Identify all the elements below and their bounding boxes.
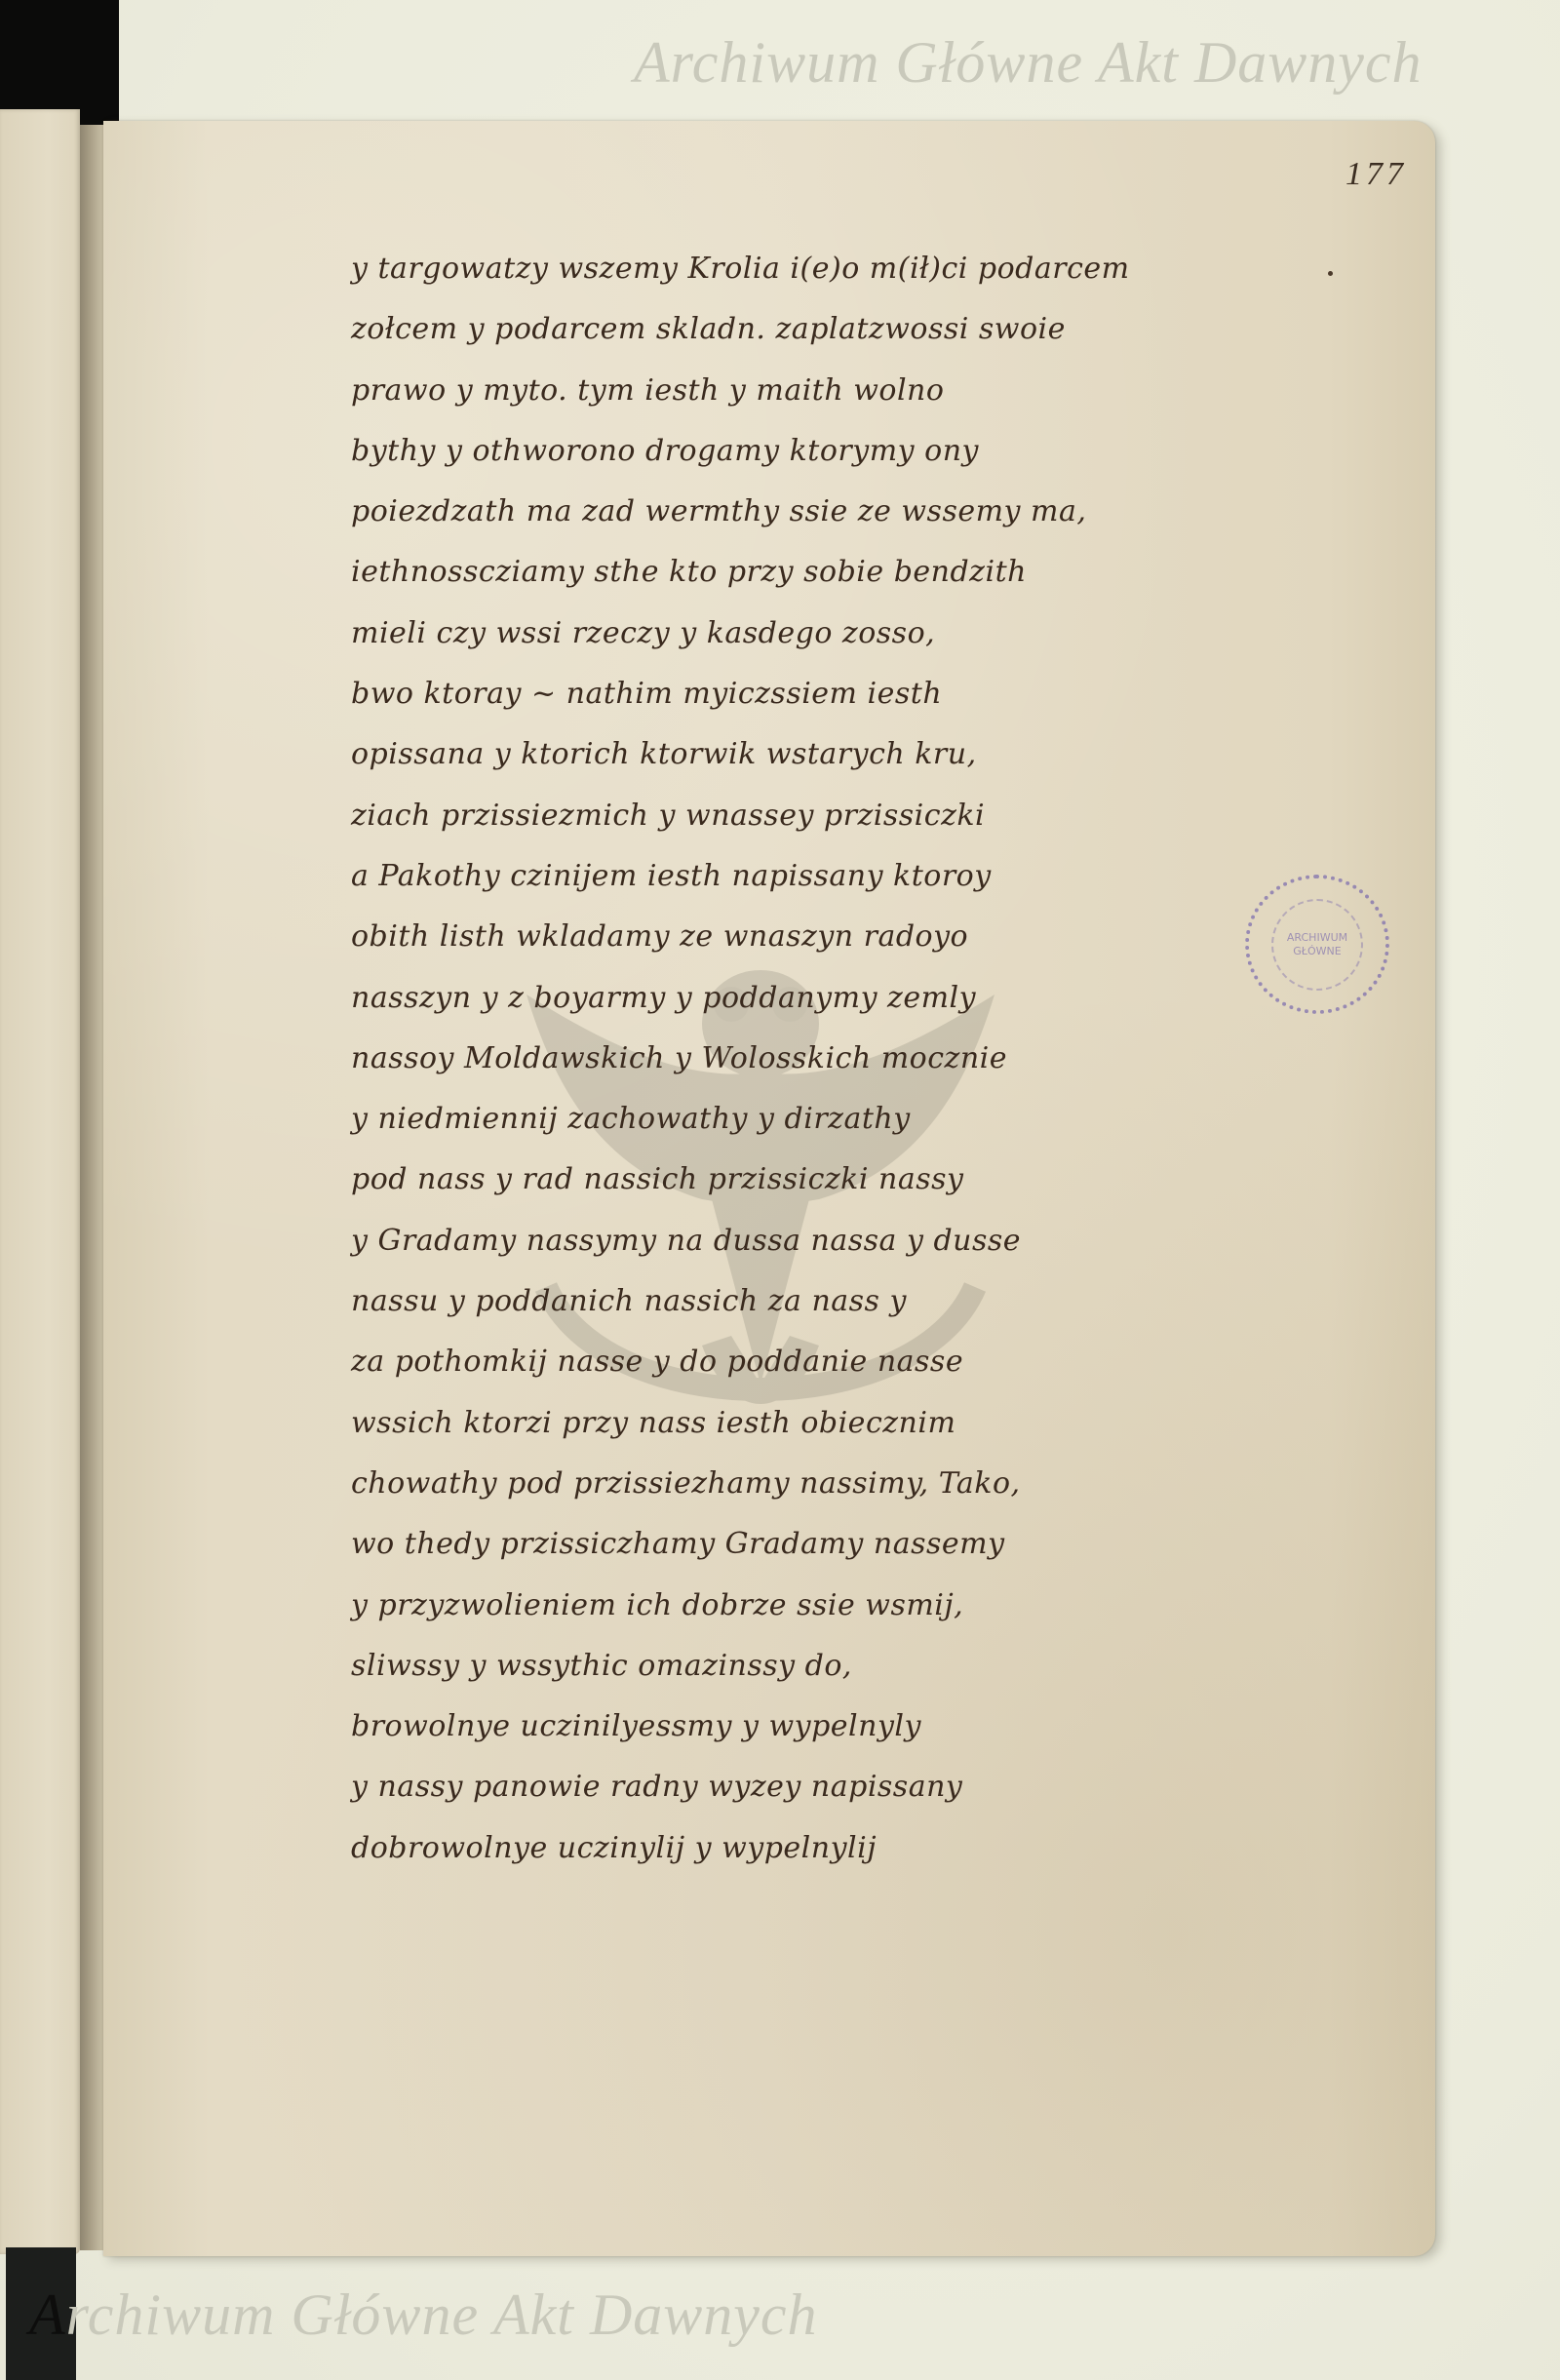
manuscript-text: y targowatzy wszemy Krolia i(e)o m(ił)ci… [351,239,1326,1879]
manuscript-line: y Gradamy nassymy na dussa nassa y dusse [351,1211,1326,1271]
manuscript-line: nasszyn y z boyarmy y poddanymy zemly [351,968,1326,1029]
manuscript-line: prawo y myto. tym iesth y maith wolno [351,361,1326,421]
manuscript-line: pod nass y rad nassich przissiczki nassy [351,1150,1326,1210]
watermark-initial: A [29,2282,66,2347]
manuscript-line: dobrowolnye uczinylij y wypelnylij [351,1818,1326,1879]
manuscript-line: bwo ktoray ~ nathim myiczssiem iesth [351,664,1326,724]
manuscript-line: y przyzwolieniem ich dobrze ssie wsmij, [351,1576,1326,1636]
manuscript-line: y targowatzy wszemy Krolia i(e)o m(ił)ci… [351,239,1326,299]
manuscript-line: za pothomkij nasse y do poddanie nasse [351,1332,1326,1392]
manuscript-line: iethnosscziamy sthe kto przy sobie bendz… [351,542,1326,603]
manuscript-line: wo thedy przissiczhamy Gradamy nassemy [351,1514,1326,1575]
archive-watermark-bottom: Archiwum Główne Akt Dawnych [29,2282,818,2349]
watermark-rest: rchiwum Główne Akt Dawnych [66,2282,818,2347]
binding-strip-top [0,0,119,125]
manuscript-line: opissana y ktorich ktorwik wstarych kru, [351,724,1326,785]
manuscript-line: chowathy pod przissiezhamy nassimy, Tako… [351,1454,1326,1514]
manuscript-line: browolnye uczinilyessmy y wypelnyly [351,1697,1326,1757]
manuscript-line: y niedmiennij zachowathy y dirzathy [351,1089,1326,1150]
manuscript-line: poiezdzath ma zad wermthy ssie ze wssemy… [351,482,1326,542]
manuscript-line: nassu y poddanich nassich za nass y [351,1271,1326,1332]
manuscript-line: zołcem y podarcem skladn. zaplatzwossi s… [351,299,1326,360]
manuscript-line: ziach przissiezmich y wnassey przissiczk… [351,786,1326,846]
page-gutter [80,125,105,2250]
manuscript-line: obith listh wkladamy ze wnaszyn radoyo [351,907,1326,967]
manuscript-line: mieli czy wssi rzeczy y kasdego zosso, [351,604,1326,664]
manuscript-line: a Pakothy czinijem iesth napissany ktoro… [351,846,1326,907]
archive-watermark-top: Archiwum Główne Akt Dawnych [634,29,1423,97]
manuscript-line: y nassy panowie radny wyzey napissany [351,1757,1326,1817]
folio-number: 177 [1345,156,1407,193]
manuscript-line: sliwssy y wssythic omazinssy do, [351,1636,1326,1697]
manuscript-line: wssich ktorzi przy nass iesth obiecznim [351,1393,1326,1454]
left-facing-page [0,109,80,2254]
manuscript-line: nassoy Moldawskich y Wolosskich mocznie [351,1029,1326,1089]
ink-dot [1328,271,1333,276]
manuscript-line: bythy y othworono drogamy ktorymy ony [351,421,1326,482]
